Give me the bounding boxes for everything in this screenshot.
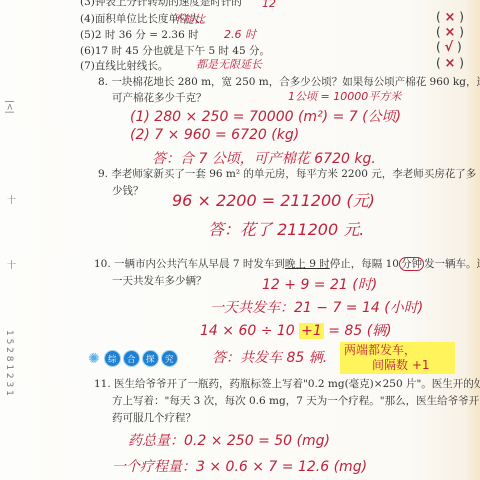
problem-9-line1: 9. 李老师家新买了一套 96 m² 的单元房，每平方米 2200 元，李老师买…: [98, 168, 476, 181]
problem-10-line2: 一天共发车多少辆？: [112, 275, 207, 288]
problem-9-answer: 答：花了 211200 元.: [208, 217, 364, 240]
banner-char: 究: [161, 350, 178, 367]
problem-8-step1: (1) 280 × 250 = 70000 (m²) = 7 (公顷): [130, 106, 401, 126]
judgement-mark-6: ( √ ): [436, 40, 462, 55]
problem-11-line2: 方上写着："每天 3 次，每次 0.6 mg，7 天为一个疗程。"那么，医生给爷…: [112, 395, 480, 408]
margin-scribble: |<|: [4, 100, 14, 114]
judgement-item-7: (7)直线比射线长。: [80, 60, 168, 73]
problem-8-answer: 答：合 7 公顷，可产棉花 6720 kg.: [152, 148, 376, 168]
banner-char: 探: [142, 350, 159, 367]
problem-11-step1: 药总量：0.2 × 250 = 50 (mg): [128, 430, 330, 450]
sticky-note: 两端都发车， 间隔数 +1: [340, 342, 455, 374]
highlight-plus-one: +1: [299, 323, 324, 339]
problem-10-step1: 12 + 9 = 21 (时): [262, 274, 377, 294]
problem-10-step3: 14 × 60 ÷ 10 +1 = 85 (辆): [200, 320, 392, 340]
problem-10-step2: 一天共发车：21 − 7 = 14 (小时): [210, 297, 423, 317]
margin-scribble: 十: [4, 195, 17, 204]
margin-scribble: 十: [4, 260, 17, 269]
problem-8-note: 1公顷 = 10000平方米: [288, 88, 401, 104]
circled-minutes: 分钟: [399, 257, 424, 271]
problem-8-step2: (2) 7 × 960 = 6720 (kg): [130, 127, 299, 143]
judgement-mark-7: ( × ): [436, 56, 464, 71]
correction-3: 12: [262, 0, 276, 10]
correction-4: 不能比: [172, 11, 205, 27]
problem-9-calc: 96 × 2200 = 211200 (元): [172, 188, 375, 211]
worksheet-page: |<| 十 十 1 5 2 8 1 2 3 1 (3)钟表上分针转动的速度是时针…: [0, 0, 480, 480]
problem-11-line1: 11. 医生给爷爷开了一瓶药，药瓶标签上写着"0.2 mg(毫克)×250 片"…: [94, 378, 480, 391]
judgement-item-5: (5)2 时 36 分 = 2.36 时: [80, 29, 199, 42]
problem-10-answer: 答：共发车 85 辆.: [212, 347, 327, 367]
swirl-decoration-icon: ✺: [88, 351, 100, 367]
page-edge-shadow: [466, 0, 480, 480]
problem-8-line2: 可产棉花多少千克？: [112, 92, 207, 105]
banner-char: 合: [123, 350, 140, 367]
problem-11-line3: 药可服几个疗程？: [112, 412, 196, 425]
section-banner: ✺ 综 合 探 究: [88, 350, 178, 367]
banner-char: 综: [104, 350, 121, 367]
correction-5: 2.6 时: [224, 26, 256, 42]
margin-scribble: 1 5 2 8 1 2 3 1: [4, 330, 14, 396]
judgement-item-3: (3)钟表上分针转动的速度是时针的: [80, 0, 242, 9]
correction-7: 都是无限延长: [196, 56, 262, 72]
judgement-mark-4: ( × ): [436, 10, 464, 25]
problem-9-line2: 少钱？: [112, 185, 144, 198]
problem-11-step2: 一个疗程量：3 × 0.6 × 7 = 12.6 (mg): [112, 456, 367, 476]
judgement-mark-5: ( × ): [436, 25, 464, 40]
problem-10-line1: 10. 一辆市内公共汽车从早晨 7 时发车到晚上 9 时停止，每隔 10分钟发一…: [94, 258, 480, 271]
